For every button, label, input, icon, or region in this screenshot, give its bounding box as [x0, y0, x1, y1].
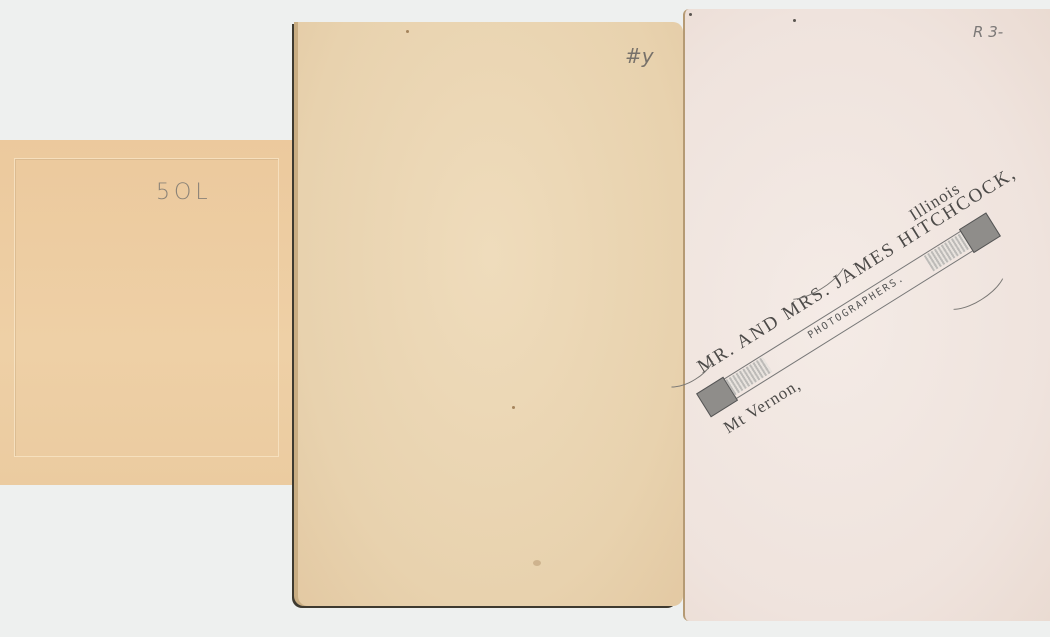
stain-spot — [793, 19, 796, 22]
embossed-border — [14, 158, 279, 457]
stain-spot — [512, 406, 515, 409]
stain-spot — [689, 13, 692, 16]
photo-card-right: R 3- MR. AND MRS. JAMES HITCHCOCK, PHOTO… — [683, 9, 1050, 621]
photo-card-left: 5OL — [0, 140, 296, 485]
banner-ornament — [924, 233, 971, 272]
pencil-note: #y — [625, 44, 654, 68]
photo-card-middle: #y — [298, 22, 683, 606]
imprint-banner: PHOTOGRAPHERS. — [702, 217, 995, 412]
pencil-note: R 3- — [973, 23, 1003, 41]
banner-ornament — [725, 357, 772, 396]
stain-spot — [533, 560, 541, 566]
pencil-note: 5OL — [156, 180, 212, 205]
stain-spot — [406, 30, 409, 33]
photographer-imprint: MR. AND MRS. JAMES HITCHCOCK, PHOTOGRAPH… — [660, 158, 1050, 499]
